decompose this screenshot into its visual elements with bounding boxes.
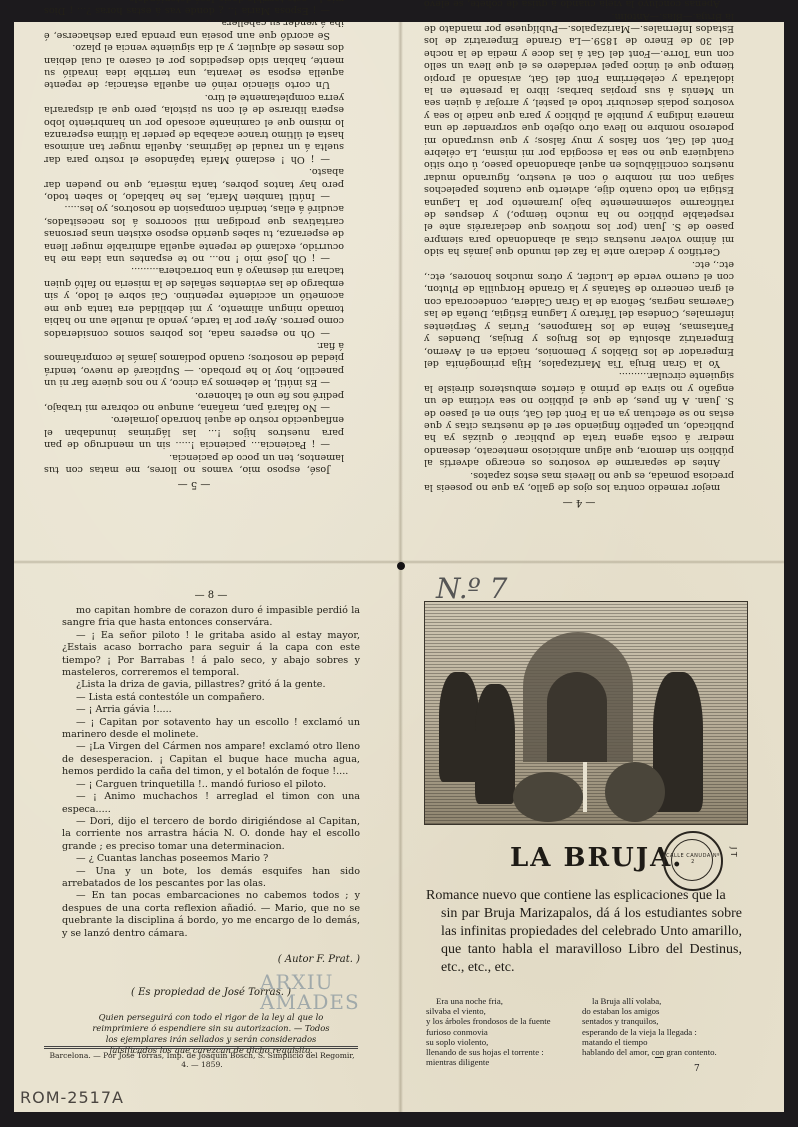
paragraph: — ¡ Ea señor piloto ! le gritaba asido a… <box>62 630 360 680</box>
verse-line: y los árboles frondosos de la fuente <box>426 1016 586 1026</box>
paragraph: — Inútil tambien María, les he hablado, … <box>44 165 344 202</box>
paragraph: — Es inútil, le debemos ya cinco, y no n… <box>44 339 344 389</box>
page-body: mejor remedio contra los ojos de gallo, … <box>424 0 734 493</box>
verse-line: silvaba el viento, <box>426 1006 586 1016</box>
page-5-upside-down: — 5 — José, esposo mio, vamos no llores,… <box>44 40 344 490</box>
paragraph: Un corto silencio reinó en aquella estan… <box>44 41 344 91</box>
paragraph: mo capitan hombre de corazon duro é impa… <box>62 605 360 630</box>
verse-line: esperando de la vieja la llegada : <box>582 1027 742 1037</box>
verse-line: Era una noche fria, <box>426 996 586 1006</box>
verse-line: do estaban los amigos <box>582 1006 742 1016</box>
verse-line: furioso conmovia <box>426 1027 586 1037</box>
paragraph: — ¡ Paciencia... paciencia !..... sin un… <box>44 413 344 450</box>
paragraph: — ¡ Esposa María !.. ¿ donde vas á estas… <box>44 0 344 16</box>
author-credit: ( Autor F. Prat. ) <box>62 954 360 965</box>
shelfmark-handwritten: ROM-2517A <box>20 1088 124 1107</box>
paragraph: — ¡ Capitan por sotavento hay un escollo… <box>62 717 360 742</box>
page-number: — 5 — <box>44 479 344 490</box>
verse-line: matando el tiempo <box>582 1037 742 1047</box>
main-title-la-bruja: LA BRUJA. <box>510 843 683 873</box>
paragraph: — ¡ Carguen trinquetilla !.. mandó furio… <box>62 779 360 791</box>
paragraph: José, esposo mio, vamos no llores, me ma… <box>44 450 344 475</box>
paragraph: Antes de separarme de vosotros os encarg… <box>424 369 734 468</box>
paragraph: Yo la Gran Bruja Tia Marizapalos, Hija p… <box>424 257 734 369</box>
paragraph: — ¡ Arria gávia !..... <box>62 704 360 716</box>
student-figure <box>439 672 479 782</box>
paragraph: — Dori, dijo el tercero de bordo dirigié… <box>62 816 360 853</box>
publisher-seal-icon: CALLE CANUDA Nº 2 <box>663 831 723 891</box>
page-number: — 8 — <box>62 590 360 601</box>
seal-initials: J T <box>729 847 738 857</box>
paragraph: — Una y un bote, los demás esquifes han … <box>62 866 360 891</box>
verse-line: la Bruja allí volaba, <box>582 996 742 1006</box>
archive-stamp: ARXIU AMADES <box>260 972 340 1012</box>
verse-column-right: la Bruja allí volaba,do estaban los amig… <box>582 996 742 1057</box>
bush <box>605 762 665 822</box>
signature-mark: 7 <box>694 1064 700 1074</box>
verse-line: llenando de sus hojas el torrente : <box>426 1047 586 1057</box>
paragraph: — Lista está contestóle un compañero. <box>62 692 360 704</box>
paragraph: ¿Lista la driza de gavia, pillastres? gr… <box>62 679 360 691</box>
fold-hole <box>397 562 405 570</box>
footer-rule <box>44 1046 358 1047</box>
verse-line: su soplo violento, <box>426 1037 586 1047</box>
page-body: mo capitan hombre de corazon duro é impa… <box>62 605 360 940</box>
footer-rule <box>44 1048 358 1049</box>
verse-line: sentados y tranquilos, <box>582 1016 742 1026</box>
paragraph: — ¡ Oh José mio ! no... no te espantes u… <box>44 202 344 264</box>
verse-column-left: Era una noche fria,silvaba el viento,y l… <box>426 996 586 1067</box>
verse-line: hablando del amor, con gran contento. <box>582 1047 742 1057</box>
fountain-stream <box>583 762 587 812</box>
page-body: José, esposo mio, vamos no llores, me ma… <box>44 0 344 475</box>
printer-imprint: Barcelona. — Por José Torras, Imp. de Jo… <box>46 1051 358 1069</box>
bush <box>513 772 583 822</box>
page-number: — 4 — <box>424 497 734 508</box>
legal-notice: Quien perseguirá con todo el rigor de la… <box>92 1012 330 1056</box>
verse-line: mientras diligente <box>426 1057 586 1067</box>
paragraph: mejor remedio contra los ojos de gallo, … <box>424 468 734 493</box>
subtitle: Romance nuevo que contiene las esplicaci… <box>426 887 742 977</box>
woodcut-illustration <box>424 601 748 825</box>
paragraph: — ¡ Oh ! esclamó María tapándose el rost… <box>44 90 344 164</box>
verse-end-dash <box>655 1057 663 1058</box>
paragraph: — ¡La Virgen del Cármen nos ampare! excl… <box>62 741 360 778</box>
paragraph: — En tan pocas embarcaciones no cabemos … <box>62 890 360 940</box>
paragraph: Se acordó que aun poseia una prenda para… <box>44 16 344 41</box>
paragraph: Certifico y declaro ante la faz del mund… <box>424 9 734 257</box>
page-4-upside-down: — 4 — mejor remedio contra los ojos de g… <box>424 58 734 508</box>
paragraph: Apenas concluyó la vieja cuando á guisa … <box>424 0 734 9</box>
paragraph: — Oh no esperes nada, los pobres somos c… <box>44 264 344 338</box>
paragraph: — No faltará pan, mañana, aunque no cobr… <box>44 388 344 413</box>
student-figure <box>475 684 515 804</box>
paragraph: — ¡ Animo muchachos ! arreglad el timon … <box>62 791 360 816</box>
paragraph: — ¿ Cuantas lanchas poseemos Mario ? <box>62 853 360 865</box>
